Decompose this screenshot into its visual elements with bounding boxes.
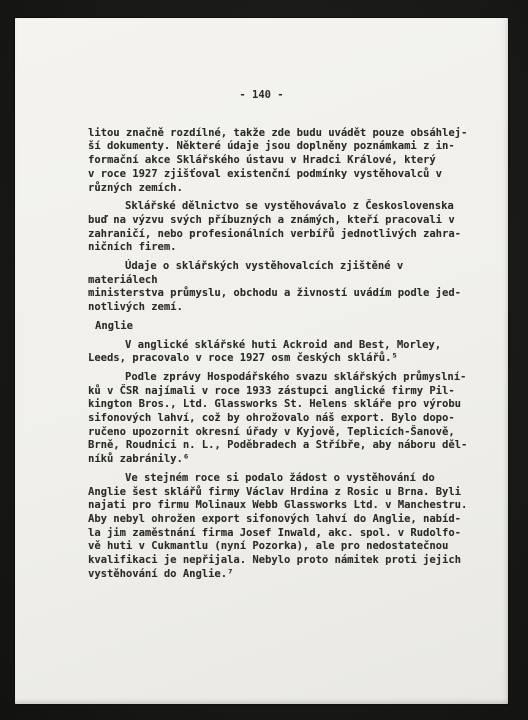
page-number: - 140 - bbox=[15, 89, 508, 103]
paragraph-pilkington: Podle zprávy Hospodářského svazu sklářsk… bbox=[88, 371, 472, 467]
scanner-background: - 140 - litou značně rozdílné, takže zde… bbox=[0, 0, 528, 720]
paragraph-intro-documents: litou značně rozdílné, takže zde budu uv… bbox=[88, 127, 472, 196]
section-heading-anglie: Anglie bbox=[95, 320, 472, 334]
paragraph-hrdina-emigration: Ve stejném roce si podalo žádost o vystě… bbox=[88, 472, 472, 582]
page-text-body: litou značně rozdílné, takže zde budu uv… bbox=[88, 127, 472, 582]
document-page: - 140 - litou značně rozdílné, takže zde… bbox=[15, 18, 508, 704]
paragraph-ministry-data: Údaje o sklářských vystěhovalcích zjiště… bbox=[88, 260, 472, 315]
paragraph-ackroid-best: V anglické sklářské huti Ackroid and Bes… bbox=[88, 339, 472, 366]
paragraph-emigration-reasons: Sklářské dělnictvo se vystěhovávalo z Če… bbox=[88, 200, 472, 255]
